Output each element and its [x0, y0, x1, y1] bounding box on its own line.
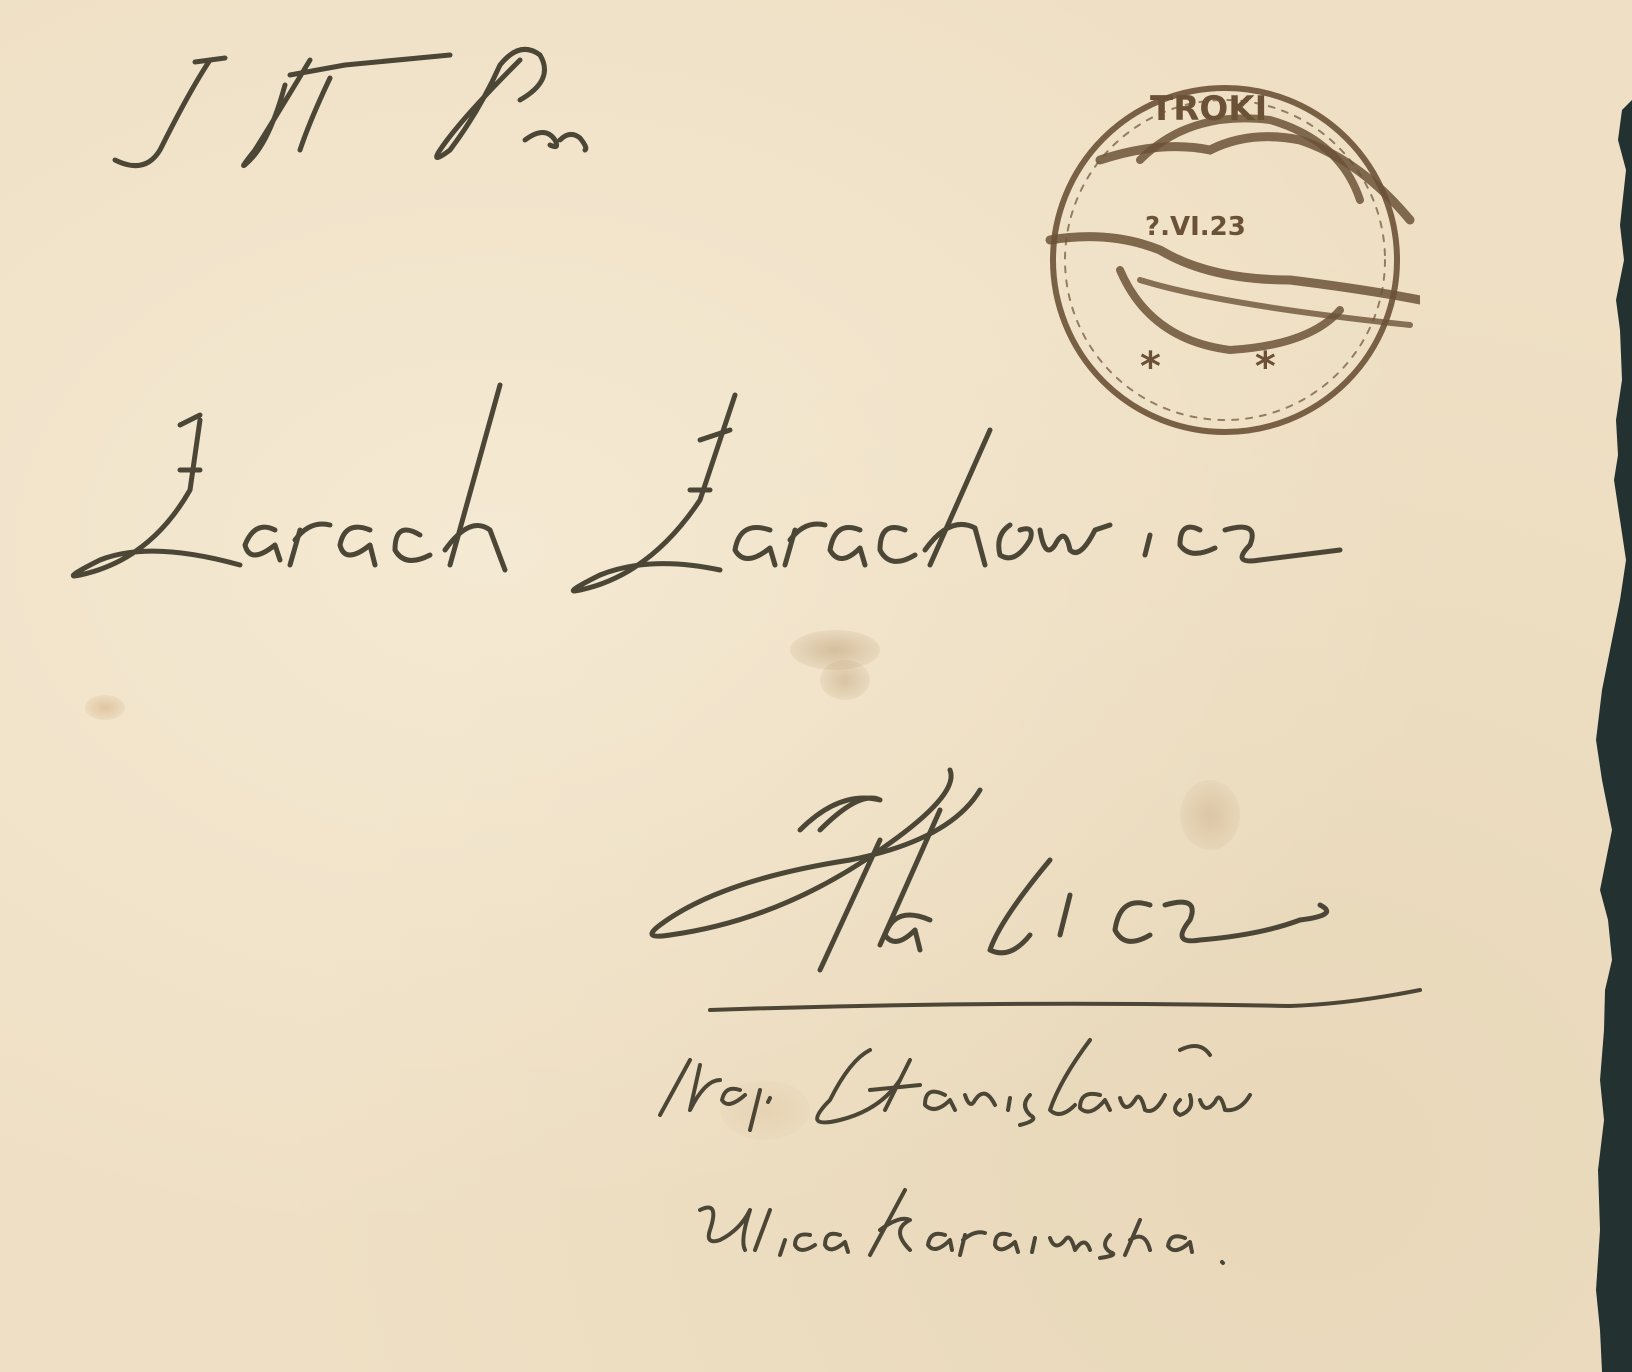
street-text: Ulica Karaimska. — [690, 1180, 1367, 1270]
handwriting-strokes — [0, 0, 1632, 1372]
recipient-name-text: Żarach Żarachowicz — [60, 460, 1195, 588]
scanned-envelope: TROKI ?.VI.23 * * — [0, 0, 1632, 1372]
salutation-text: I JW Pan — [110, 70, 456, 163]
city-text: Halicz — [640, 800, 1055, 952]
region-text: Woj. Stanisławów — [650, 1040, 1344, 1130]
city-underline — [710, 990, 1420, 1010]
envelope-paper: TROKI ?.VI.23 * * — [0, 0, 1632, 1372]
